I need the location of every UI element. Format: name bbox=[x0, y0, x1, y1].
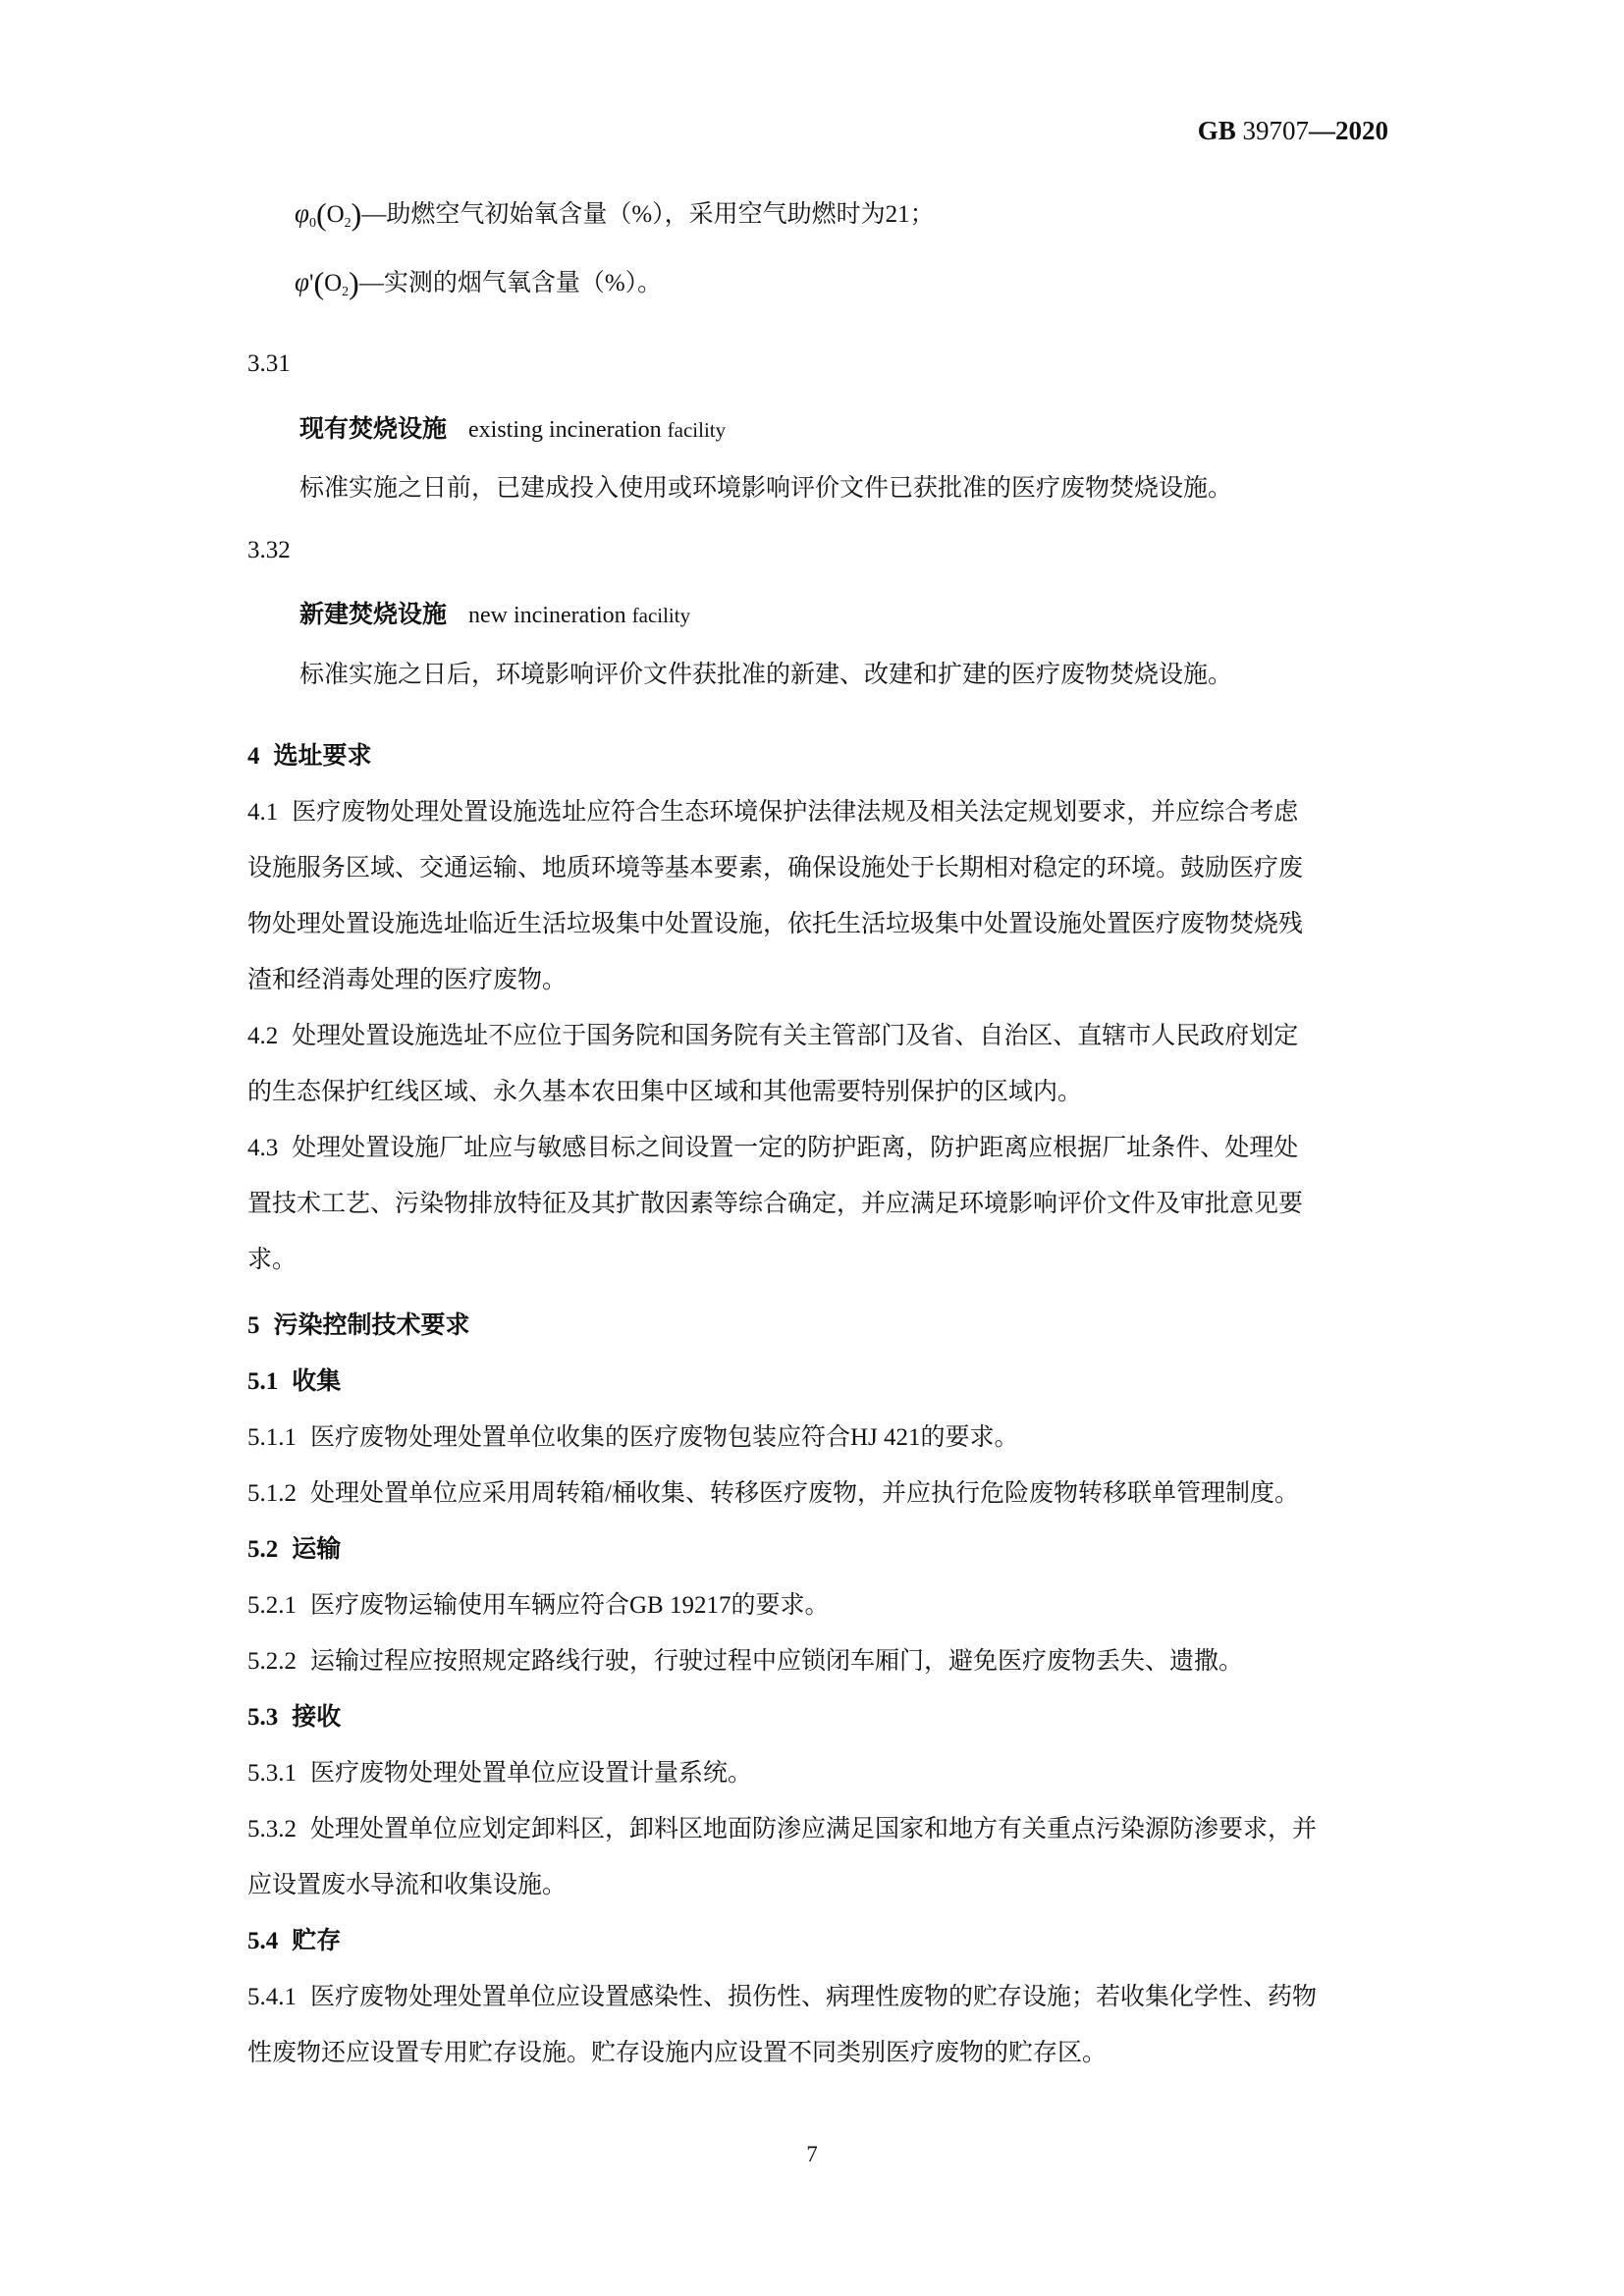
clause-4-1-line-3: 物处理处置设施选址临近生活垃圾集中处置设施，依托生活垃圾集中处置设施处置医疗废物… bbox=[247, 912, 1303, 936]
species: O bbox=[327, 201, 345, 228]
heading-text: 贮存 bbox=[292, 1928, 341, 1954]
term-en-main: new incineration bbox=[468, 603, 626, 628]
clause-5-2-2: 5.2.2运输过程应按照规定路线行驶，行驶过程中应锁闭车厢门，避免医疗废物丢失、… bbox=[247, 1649, 1243, 1674]
std-number: 39707 bbox=[1243, 116, 1310, 145]
paren-open: ( bbox=[313, 265, 324, 300]
term-title: 新建焚烧设施new incineration facility bbox=[299, 603, 690, 627]
clause-4-2-line-1: 4.2处理处置设施选址不应位于国务院和国务院有关主管部门及省、自治区、直辖市人民… bbox=[247, 1024, 1298, 1048]
clause-text: 医疗废物处理处置单位收集的医疗废物包装应符合HJ 421的要求。 bbox=[310, 1424, 1019, 1451]
clause-number: 5.2.1 bbox=[247, 1592, 297, 1619]
clause-text: 医疗废物处理处置设施选址应符合生态环境保护法律法规及相关法定规划要求，并应综合考… bbox=[292, 799, 1298, 826]
clause-text: 处理处置单位应采用周转箱/桶收集、转移医疗废物，并应执行危险废物转移联单管理制度… bbox=[310, 1480, 1299, 1507]
subsection-heading-5-3: 5.3接收 bbox=[247, 1705, 341, 1730]
std-dash: — bbox=[1309, 116, 1335, 145]
clause-text: 医疗废物处理处置单位应设置感染性、损伤性、病理性废物的贮存设施；若收集化学性、药… bbox=[310, 1984, 1317, 2010]
std-year: 2020 bbox=[1335, 116, 1388, 145]
clause-number: 5.4.1 bbox=[247, 1984, 297, 2010]
heading-text: 接收 bbox=[292, 1704, 341, 1731]
term-zh: 新建焚烧设施 bbox=[299, 602, 447, 628]
term-definition: 标准实施之日后，环境影响评价文件获批准的新建、改建和扩建的医疗废物焚烧设施。 bbox=[299, 663, 1232, 687]
heading-number: 5 bbox=[247, 1312, 260, 1339]
term-en-small: facility bbox=[668, 418, 726, 442]
section-heading-5: 5污染控制技术要求 bbox=[247, 1313, 470, 1338]
term-number: 3.31 bbox=[247, 351, 291, 376]
formula-definition-phi-prime: φ'(O2)—实测的烟气氧含量（%）。 bbox=[295, 263, 662, 301]
subsection-heading-5-4: 5.4贮存 bbox=[247, 1929, 341, 1953]
clause-number: 4.1 bbox=[247, 799, 278, 826]
clause-4-3-line-1: 4.3处理处置设施厂址应与敏感目标之间设置一定的防护距离，防护距离应根据厂址条件… bbox=[247, 1136, 1298, 1160]
std-prefix: GB bbox=[1198, 116, 1236, 145]
clause-4-3-line-3: 求。 bbox=[247, 1248, 297, 1272]
clause-text: 运输过程应按照规定路线行驶，行驶过程中应锁闭车厢门，避免医疗废物丢失、遗撒。 bbox=[310, 1648, 1243, 1675]
clause-text: 处理处置设施选址不应位于国务院和国务院有关主管部门及省、自治区、直辖市人民政府划… bbox=[292, 1023, 1298, 1049]
term-zh: 现有焚烧设施 bbox=[299, 416, 447, 443]
heading-number: 4 bbox=[247, 743, 260, 770]
species-subscript: 2 bbox=[345, 216, 352, 231]
formula-description: —实测的烟气氧含量（%）。 bbox=[359, 270, 662, 296]
heading-text: 污染控制技术要求 bbox=[274, 1312, 470, 1339]
clause-text: 医疗废物运输使用车辆应符合GB 19217的要求。 bbox=[310, 1592, 829, 1619]
phi-symbol: φ bbox=[295, 198, 309, 228]
formula-description: —助燃空气初始氧含量（%），采用空气助燃时为21； bbox=[361, 201, 934, 228]
clause-number: 5.2.2 bbox=[247, 1648, 297, 1675]
heading-number: 5.3 bbox=[247, 1704, 278, 1731]
clause-4-1-line-4: 渣和经消毒处理的医疗废物。 bbox=[247, 968, 567, 992]
species: O bbox=[324, 270, 342, 296]
term-en: new incineration facility bbox=[468, 603, 690, 628]
clause-number: 4.2 bbox=[247, 1023, 278, 1049]
heading-text: 运输 bbox=[292, 1536, 341, 1563]
phi-symbol: φ bbox=[295, 267, 309, 296]
paren-open: ( bbox=[316, 196, 327, 232]
clause-5-3-2-line-2: 应设置废水导流和收集设施。 bbox=[247, 1873, 567, 1897]
term-title: 现有焚烧设施existing incineration facility bbox=[299, 417, 726, 442]
heading-number: 5.4 bbox=[247, 1928, 278, 1954]
subsection-heading-5-1: 5.1收集 bbox=[247, 1369, 341, 1394]
clause-text: 处理处置单位应划定卸料区，卸料区地面防渗应满足国家和地方有关重点污染源防渗要求，… bbox=[310, 1816, 1317, 1842]
clause-5-3-1: 5.3.1医疗废物处理处置单位应设置计量系统。 bbox=[247, 1761, 752, 1786]
clause-text: 处理处置设施厂址应与敏感目标之间设置一定的防护距离，防护距离应根据厂址条件、处理… bbox=[292, 1135, 1298, 1161]
subscript: 0 bbox=[309, 216, 316, 231]
clause-number: 5.1.2 bbox=[247, 1480, 297, 1507]
clause-5-1-2: 5.1.2处理处置单位应采用周转箱/桶收集、转移医疗废物，并应执行危险废物转移联… bbox=[247, 1481, 1299, 1506]
term-number: 3.32 bbox=[247, 538, 291, 562]
subsection-heading-5-2: 5.2运输 bbox=[247, 1537, 341, 1562]
clause-5-4-1-line-2: 性废物还应设置专用贮存设施。贮存设施内应设置不同类别医疗废物的贮存区。 bbox=[247, 2041, 1107, 2065]
clause-number: 4.3 bbox=[247, 1135, 278, 1161]
clause-text: 医疗废物处理处置单位应设置计量系统。 bbox=[310, 1760, 752, 1787]
clause-5-3-2-line-1: 5.3.2处理处置单位应划定卸料区，卸料区地面防渗应满足国家和地方有关重点污染源… bbox=[247, 1817, 1317, 1842]
clause-number: 5.3.1 bbox=[247, 1760, 297, 1787]
formula-definition-phi0: φ0(O2)—助燃空气初始氧含量（%），采用空气助燃时为21； bbox=[295, 194, 935, 233]
paren-close: ) bbox=[352, 196, 362, 232]
section-heading-4: 4选址要求 bbox=[247, 744, 372, 769]
paren-close: ) bbox=[349, 265, 359, 300]
clause-4-1-line-2: 设施服务区域、交通运输、地质环境等基本要素，确保设施处于长期相对稳定的环境。鼓励… bbox=[247, 856, 1303, 881]
heading-number: 5.1 bbox=[247, 1368, 278, 1395]
heading-number: 5.2 bbox=[247, 1536, 278, 1563]
heading-text: 选址要求 bbox=[274, 743, 372, 770]
page-number: 7 bbox=[0, 2142, 1624, 2167]
clause-5-4-1-line-1: 5.4.1医疗废物处理处置单位应设置感染性、损伤性、病理性废物的贮存设施；若收集… bbox=[247, 1985, 1317, 2009]
term-en: existing incineration facility bbox=[468, 417, 726, 443]
clause-4-1-line-1: 4.1医疗废物处理处置设施选址应符合生态环境保护法律法规及相关法定规划要求，并应… bbox=[247, 800, 1298, 825]
clause-5-1-1: 5.1.1医疗废物处理处置单位收集的医疗废物包装应符合HJ 421的要求。 bbox=[247, 1425, 1019, 1450]
heading-text: 收集 bbox=[292, 1368, 341, 1395]
clause-4-3-line-2: 置技术工艺、污染物排放特征及其扩散因素等综合确定，并应满足环境影响评价文件及审批… bbox=[247, 1192, 1303, 1216]
clause-number: 5.3.2 bbox=[247, 1816, 297, 1842]
term-en-main: existing incineration bbox=[468, 417, 662, 443]
clause-5-2-1: 5.2.1医疗废物运输使用车辆应符合GB 19217的要求。 bbox=[247, 1593, 829, 1618]
term-definition: 标准实施之日前，已建成投入使用或环境影响评价文件已获批准的医疗废物焚烧设施。 bbox=[299, 476, 1232, 501]
term-en-small: facility bbox=[632, 604, 690, 627]
clause-number: 5.1.1 bbox=[247, 1424, 297, 1451]
standard-number-header: GB 39707—2020 bbox=[1198, 116, 1388, 146]
clause-4-2-line-2: 的生态保护红线区域、永久基本农田集中区域和其他需要特别保护的区域内。 bbox=[247, 1080, 1082, 1104]
